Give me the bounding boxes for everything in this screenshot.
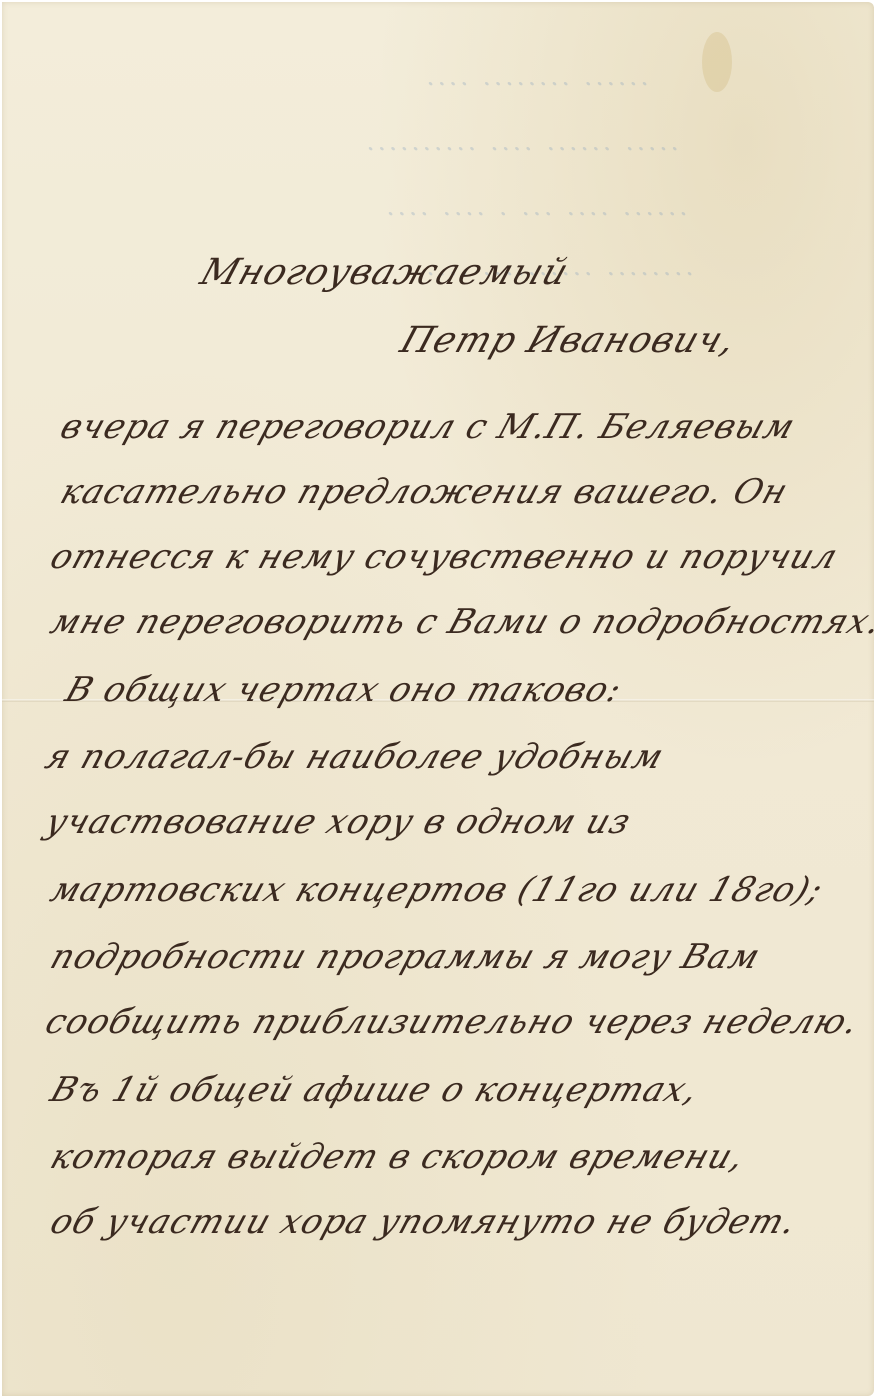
letter-line: подробности программы я могу Вам: [46, 937, 766, 977]
bleed-through-line: ..... ...... .... ..........: [359, 127, 681, 157]
letter-line: я полагал-бы наиболее удобным: [41, 737, 670, 777]
letter-line: вчера я переговорил с М.П. Беляевым: [56, 407, 801, 447]
letter-line: мне переговорить с Вами о подробностях.: [46, 602, 878, 642]
letter-line: которая выйдет в скором времени,: [46, 1137, 751, 1177]
salutation-line-2: Петр Иванович,: [395, 320, 741, 361]
letter-line: участвование хору в одном из: [41, 802, 637, 842]
letter-sheet: ...... ........ .... ..... ...... .... .…: [2, 2, 874, 1396]
letter-line: отнесся к нему сочувственно и поручил: [46, 537, 844, 577]
bleed-through-line: ...... .... ... . .... ....: [379, 192, 690, 222]
letter-line: сообщить приблизительно через неделю.: [41, 1002, 865, 1042]
paper-stain: [702, 32, 732, 92]
letter-line: Въ 1й общей афише о концертах,: [46, 1070, 704, 1110]
letter-line: касательно предложения вашего. Он: [56, 472, 794, 512]
salutation-line-1: Многоуважаемый: [195, 252, 574, 293]
letter-line: мартовских концертов (11го или 18го);: [46, 870, 829, 910]
letter-line: об участии хора упомянуто не будет.: [46, 1202, 802, 1242]
bleed-through-line: ...... ........ ....: [419, 62, 651, 92]
letter-line: В общих чертах оно таково:: [61, 670, 628, 710]
